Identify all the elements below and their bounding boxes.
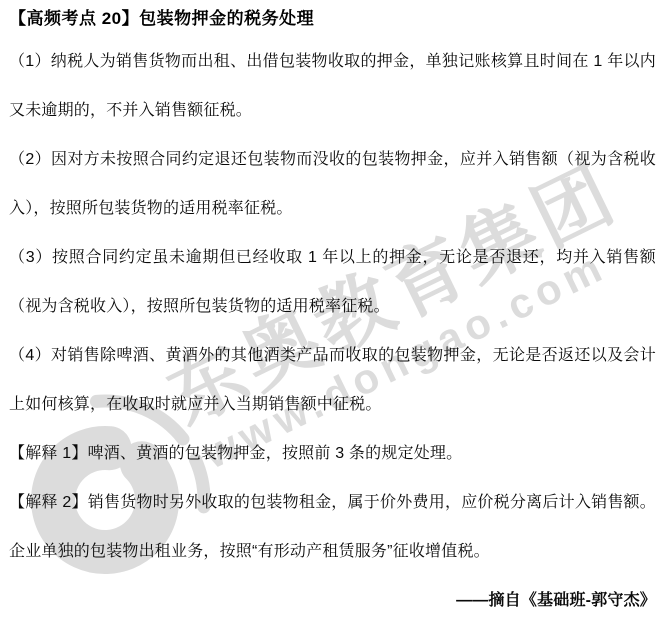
page-title: 【高频考点 20】包装物押金的税务处理 <box>9 7 656 31</box>
paragraph-note-2: 【解释 2】销售货物时另外收取的包装物租金，属于价外费用，应价税分离后计入销售额… <box>9 478 656 576</box>
paragraph-rule-3: （3）按照合同约定虽未逾期但已经收取 1 年以上的押金，无论是否退还，均并入销售… <box>9 233 656 331</box>
document-content: 【高频考点 20】包装物押金的税务处理 （1）纳税人为销售货物而出租、出借包装物… <box>0 0 666 623</box>
paragraph-rule-2: （2）因对方未按照合同约定退还包装物而没收的包装物押金，应并入销售额（视为含税收… <box>9 135 656 233</box>
paragraph-rule-4: （4）对销售除啤酒、黄酒外的其他酒类产品而收取的包装物押金，无论是否返还以及会计… <box>9 331 656 429</box>
paragraph-note-1: 【解释 1】啤酒、黄酒的包装物押金，按照前 3 条的规定处理。 <box>9 429 656 478</box>
document-page: 东奥教育集团 www.dongao.com 【高频考点 20】包装物押金的税务处… <box>0 0 666 623</box>
source-citation: ——摘自《基础班-郭守杰》 <box>9 576 656 623</box>
paragraph-rule-1: （1）纳税人为销售货物而出租、出借包装物收取的押金，单独记账核算且时间在 1 年… <box>9 37 656 135</box>
